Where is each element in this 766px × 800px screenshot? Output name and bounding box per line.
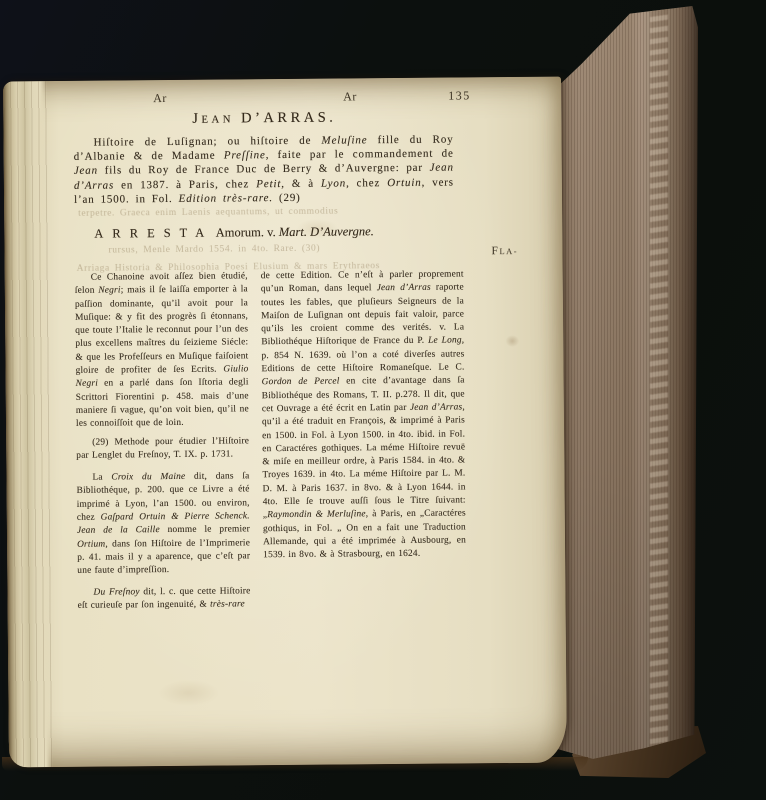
paper-stain — [505, 335, 519, 347]
running-header: Ar Ar 135 — [3, 88, 561, 109]
fore-edge-mottle-band — [650, 6, 668, 768]
catchword: FLA- — [491, 245, 518, 257]
entry-description: Hiſtoire de Luſignan; ou hiſtoire de Mel… — [73, 133, 454, 207]
bleedthrough-line: terpetre. Graeca enim Laenis aequantums,… — [78, 205, 456, 218]
text-column-right: de cette Edition. Ce n’eſt à parler prop… — [261, 268, 467, 562]
paragraph: Ce Chanoine avoit aſſez bien étudié, ſel… — [75, 270, 249, 431]
page-number: 135 — [448, 88, 471, 103]
paragraph: de cette Edition. Ce n’eſt à parler prop… — [261, 268, 467, 562]
book-fore-edge — [556, 6, 698, 768]
header-signature-left: Ar — [153, 91, 167, 106]
header-signature-right: Ar — [343, 89, 357, 104]
photograph-background: { "book": { "header": { "left_signature"… — [0, 0, 766, 800]
book-gutter — [3, 81, 53, 767]
book-page: Ar Ar 135 JEAN D’ARRAS. Hiſtoire de Luſi… — [3, 77, 567, 768]
cross-reference-heading: ARRESTA Amorum. v. Mart. D’Auvergne. — [74, 223, 484, 242]
paragraph: Du Freſnoy dit, l. c. que cette Hiſtoire… — [77, 585, 250, 613]
text-columns: Ce Chanoine avoit aſſez bien étudié, ſel… — [75, 268, 467, 613]
paragraph: (29) Methode pour étudier l’Hiſtoire par… — [76, 435, 249, 463]
bleedthrough-line: rursus, Menle Mardo 1554. in 4to. Rare. … — [108, 243, 448, 256]
text-column-left: Ce Chanoine avoit aſſez bien étudié, ſel… — [75, 270, 251, 613]
paragraph: La Croix du Maine dit, dans ſa Bibliothé… — [76, 470, 250, 578]
entry-heading: JEAN D’ARRAS. — [73, 109, 455, 129]
paper-stain — [158, 680, 218, 707]
